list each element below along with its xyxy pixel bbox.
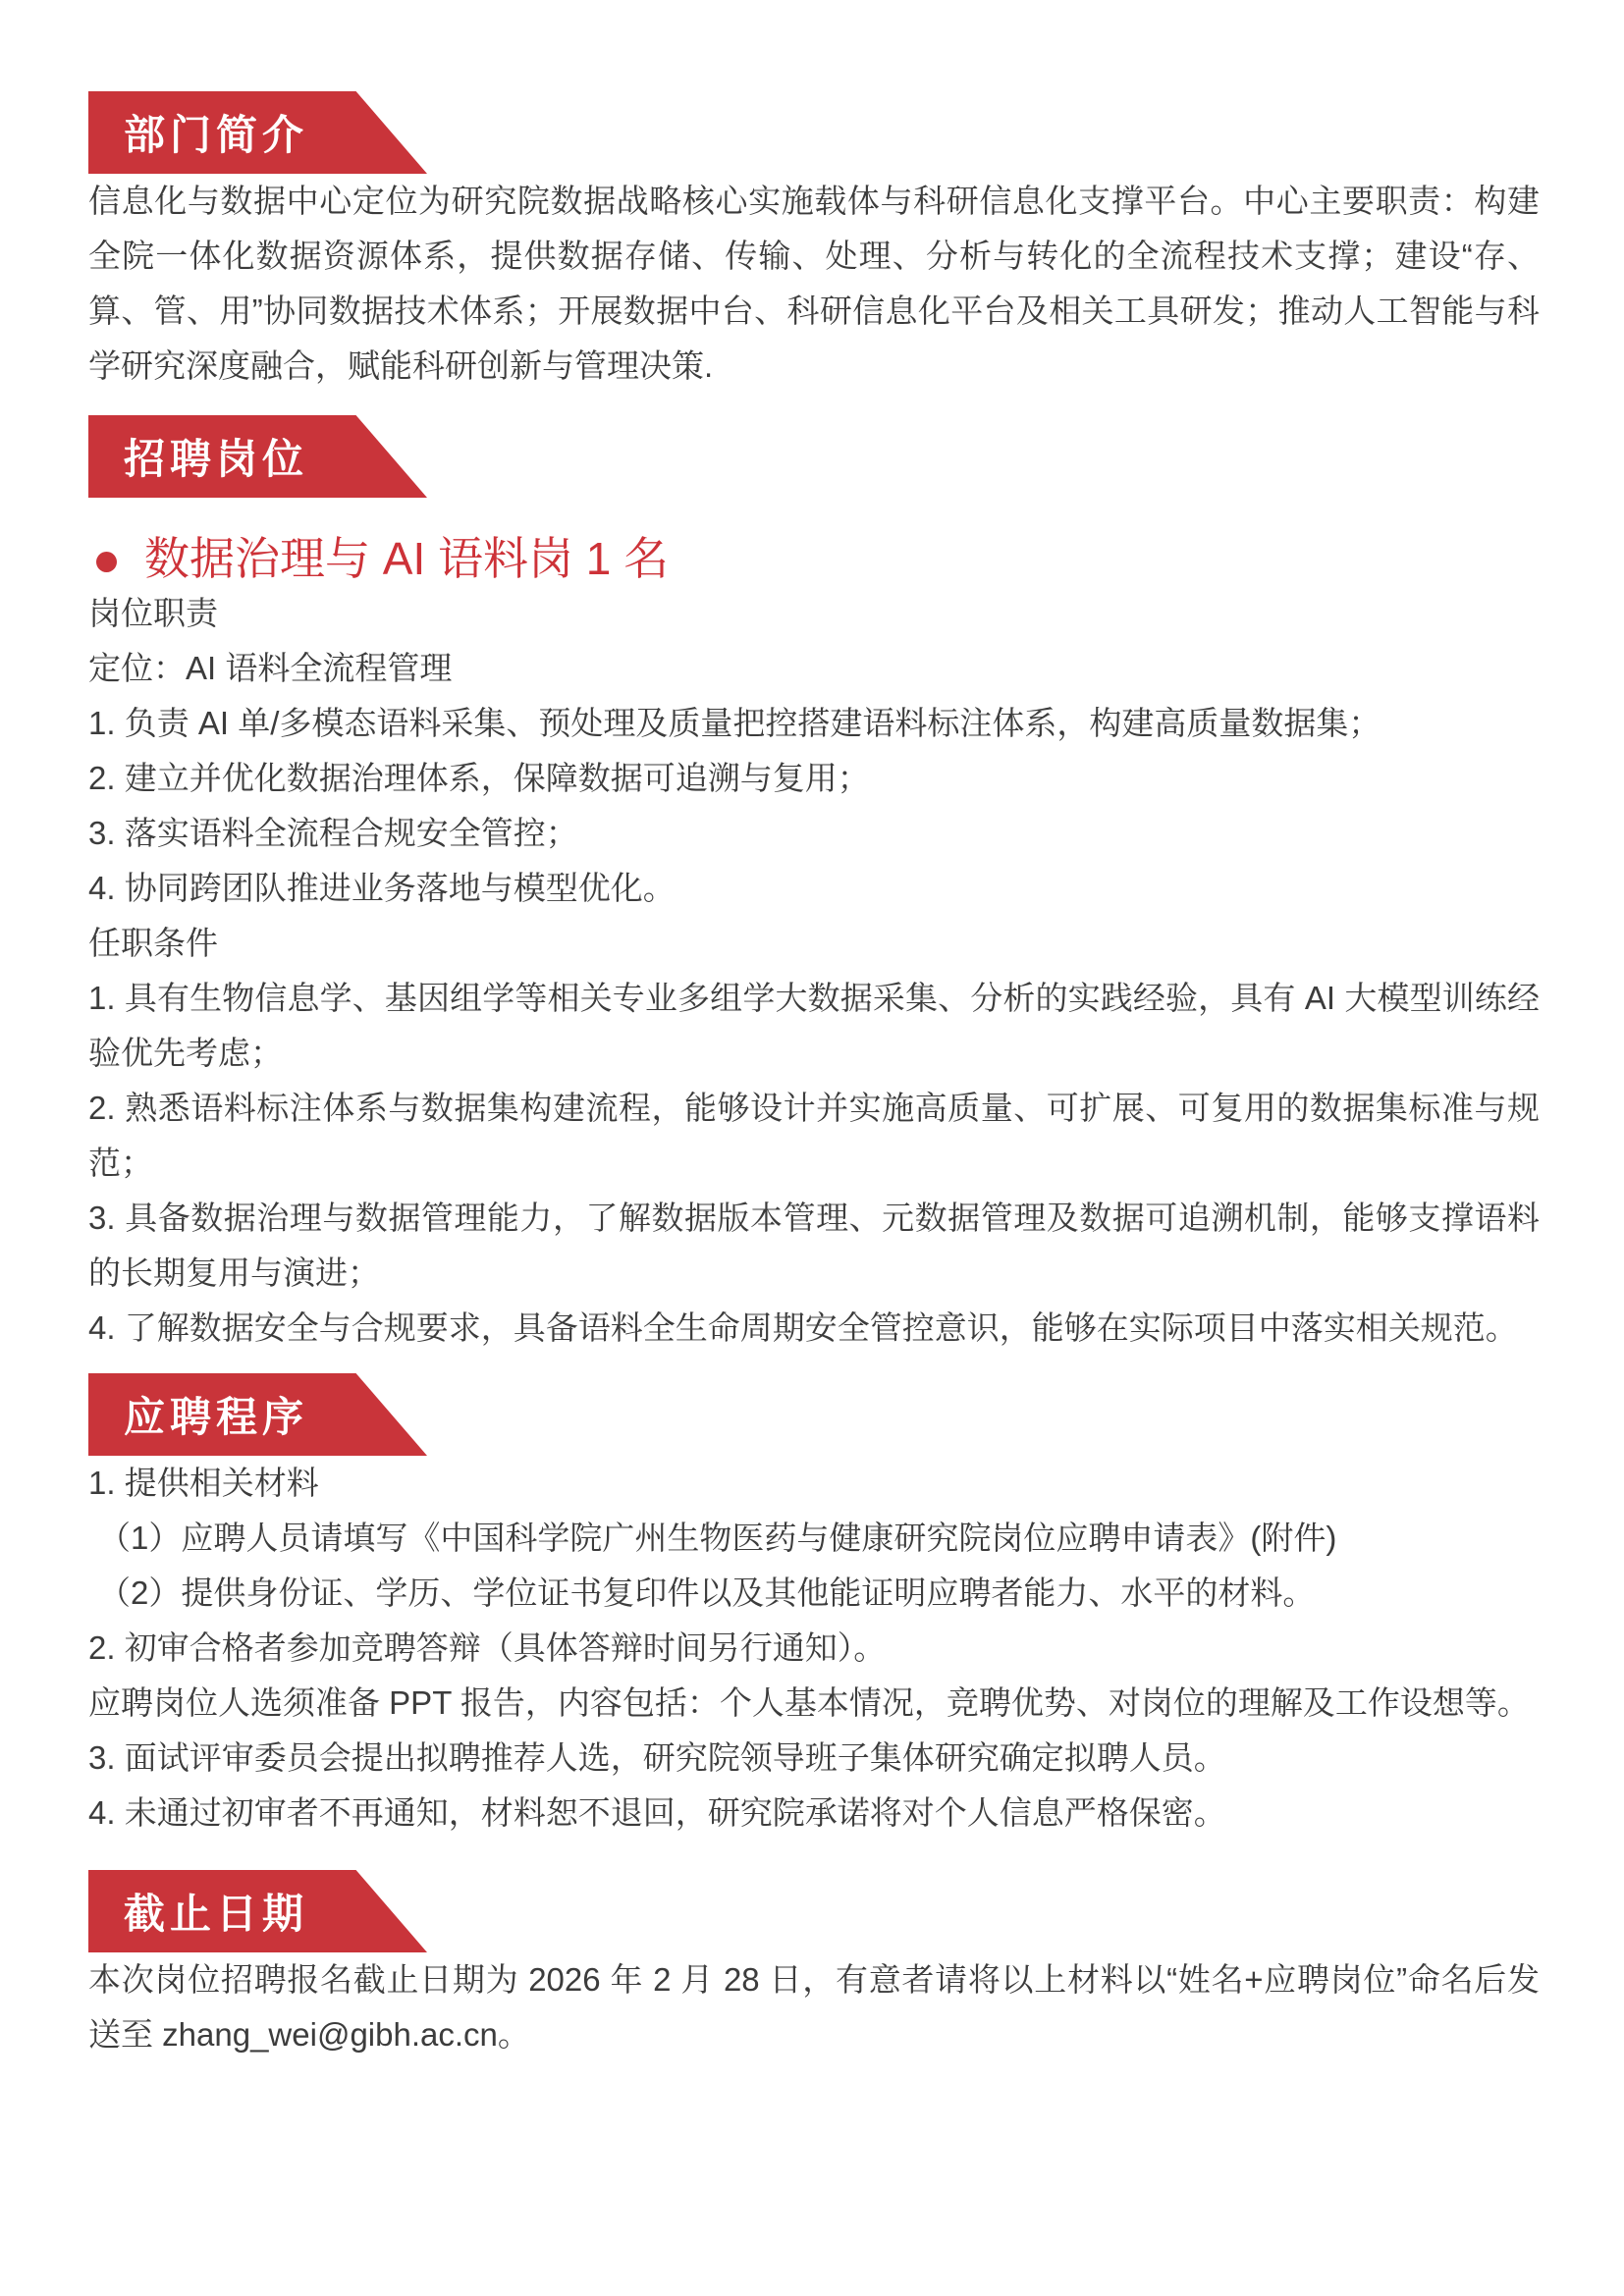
procedure-step-2: 2. 初审合格者参加竞聘答辩（具体答辩时间另行通知）。 xyxy=(88,1621,1540,1676)
deadline-paragraph: 本次岗位招聘报名截止日期为 2026 年 2 月 28 日，有意者请将以上材料以… xyxy=(88,1952,1540,2062)
banner-label-recruitment: 招聘岗位 xyxy=(124,427,308,486)
banner-label-procedure: 应聘程序 xyxy=(124,1385,308,1444)
procedure-step-3: 3. 面试评审委员会提出拟聘推荐人选，研究院领导班子集体研究确定拟聘人员。 xyxy=(88,1731,1540,1786)
section-banner-department-intro: 部门简介 xyxy=(88,91,427,174)
job-title: 数据治理与 AI 语料岗 1 名 xyxy=(144,531,669,586)
duties-position: 定位：AI 语料全流程管理 xyxy=(88,641,1540,696)
requirement-item-3: 3. 具备数据治理与数据管理能力，了解数据版本管理、元数据管理及数据可追溯机制，… xyxy=(88,1191,1540,1301)
section-banner-deadline: 截止日期 xyxy=(88,1870,427,1952)
procedure-step-1: 1. 提供相关材料 xyxy=(88,1456,1540,1511)
duty-item-4: 4. 协同跨团队推进业务落地与模型优化。 xyxy=(88,861,1540,916)
duty-item-3: 3. 落实语料全流程合规安全管控； xyxy=(88,806,1540,861)
procedure-step-1-sub-2: （2）提供身份证、学历、学位证书复印件以及其他能证明应聘者能力、水平的材料。 xyxy=(88,1566,1540,1621)
banner-label-department-intro: 部门简介 xyxy=(124,103,308,162)
requirement-item-4: 4. 了解数据安全与合规要求，具备语料全生命周期安全管控意识，能够在实际项目中落… xyxy=(88,1301,1540,1356)
duties-heading: 岗位职责 xyxy=(88,586,1540,641)
requirement-item-1: 1. 具有生物信息学、基因组学等相关专业多组学大数据采集、分析的实践经验，具有 … xyxy=(88,971,1540,1081)
requirements-heading: 任职条件 xyxy=(88,916,1540,971)
procedure-step-4: 4. 未通过初审者不再通知，材料恕不退回，研究院承诺将对个人信息严格保密。 xyxy=(88,1786,1540,1841)
duty-item-2: 2. 建立并优化数据治理体系，保障数据可追溯与复用； xyxy=(88,751,1540,806)
procedure-step-1-sub-1: （1）应聘人员请填写《中国科学院广州生物医药与健康研究院岗位应聘申请表》(附件) xyxy=(88,1511,1540,1566)
duty-item-1: 1. 负责 AI 单/多模态语料采集、预处理及质量把控搭建语料标注体系，构建高质… xyxy=(88,696,1540,751)
requirement-item-2: 2. 熟悉语料标注体系与数据集构建流程，能够设计并实施高质量、可扩展、可复用的数… xyxy=(88,1081,1540,1191)
department-intro-paragraph: 信息化与数据中心定位为研究院数据战略核心实施载体与科研信息化支撑平台。中心主要职… xyxy=(88,174,1540,394)
bullet-icon xyxy=(96,552,117,572)
job-title-row: 数据治理与 AI 语料岗 1 名 xyxy=(88,531,1540,586)
procedure-step-2-note: 应聘岗位人选须准备 PPT 报告，内容包括：个人基本情况，竞聘优势、对岗位的理解… xyxy=(88,1676,1540,1731)
section-banner-procedure: 应聘程序 xyxy=(88,1373,427,1456)
banner-label-deadline: 截止日期 xyxy=(124,1882,308,1941)
section-banner-recruitment: 招聘岗位 xyxy=(88,415,427,498)
recruitment-document: 部门简介 信息化与数据中心定位为研究院数据战略核心实施载体与科研信息化支撑平台。… xyxy=(0,0,1624,2296)
